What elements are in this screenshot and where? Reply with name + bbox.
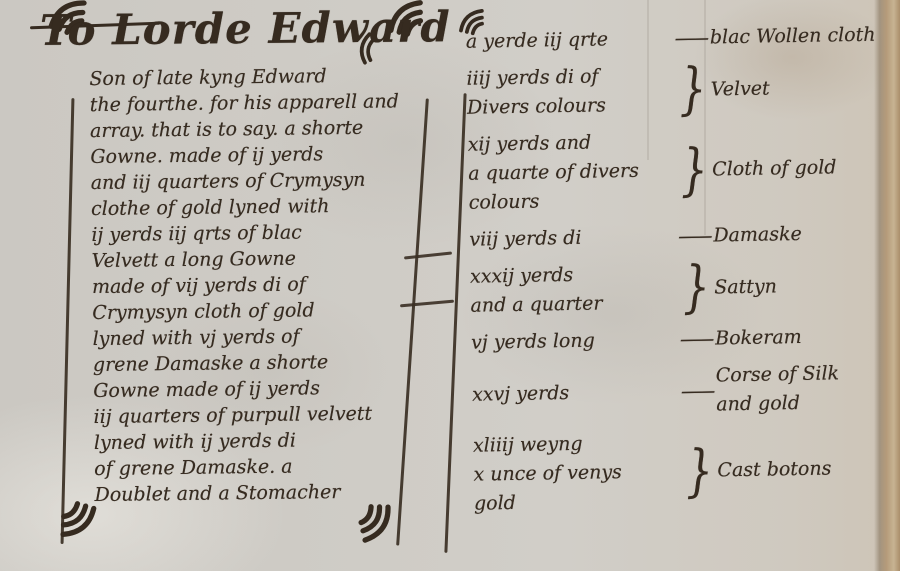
manuscript-line: ij yerds iij qrts of blac bbox=[91, 218, 427, 248]
entry-amount: xxvj yerds bbox=[472, 377, 680, 410]
entry-material: Sattyn bbox=[714, 270, 896, 302]
wardrobe-entry: xxxij yerds and a quarter } Sattyn bbox=[470, 255, 897, 320]
entry-brace: } bbox=[685, 443, 713, 499]
entry-material: Cast botons bbox=[717, 453, 899, 485]
manuscript-line: clothe of gold lyned with bbox=[91, 192, 427, 222]
wardrobe-entry: vj yerds long — Bokeram bbox=[471, 321, 897, 357]
manuscript-line: array. that is to say. a shorte bbox=[90, 114, 426, 144]
entry-brace: — bbox=[666, 328, 728, 350]
manuscript-line: Velvett a long Gowne bbox=[92, 244, 428, 274]
flourish-icon bbox=[354, 500, 400, 546]
wardrobe-entry: xij yerds and a quarte of divers colours… bbox=[467, 123, 894, 217]
entry-brace: } bbox=[682, 260, 710, 316]
entry-brace: } bbox=[679, 62, 707, 118]
manuscript-line: Doublet and a Stomacher bbox=[94, 478, 430, 508]
entry-amount: vj yerds long bbox=[471, 325, 679, 358]
entry-amount: viij yerds di bbox=[469, 222, 677, 255]
materials-column: a yerde iij qrte — blac Wollen cloth iii… bbox=[466, 20, 900, 526]
manuscript-line: Son of late kyng Edward bbox=[89, 62, 425, 92]
wardrobe-entry: xliiij weyng x unce of venys gold } Cast… bbox=[473, 424, 900, 518]
manuscript-line: Gowne made of ij yerds bbox=[93, 374, 429, 404]
entry-material: Damaske bbox=[713, 218, 895, 250]
entry-material: Cloth of gold bbox=[712, 152, 894, 184]
entry-brace: — bbox=[667, 380, 729, 402]
entry-brace: } bbox=[680, 142, 708, 198]
left-margin-rule bbox=[61, 98, 74, 544]
entry-brace: — bbox=[661, 27, 723, 49]
wardrobe-entry: iiij yerds di of Divers colours } Velvet bbox=[466, 57, 893, 122]
manuscript-page: To Lorde Edward Son of late kyng Edward … bbox=[0, 0, 900, 571]
entry-amount: xij yerds and a quarte of divers colours bbox=[467, 127, 676, 218]
manuscript-line: Crymysyn cloth of gold bbox=[92, 296, 428, 326]
manuscript-line: the fourthe. for his apparell and bbox=[90, 88, 426, 118]
entry-material: Bokeram bbox=[715, 321, 897, 353]
column-divider-rule bbox=[444, 93, 466, 553]
entry-amount: a yerde iij qrte bbox=[466, 24, 674, 57]
entry-amount: iiij yerds di of Divers colours bbox=[466, 61, 675, 123]
wardrobe-entry: a yerde iij qrte — blac Wollen cloth bbox=[466, 20, 892, 56]
entry-material: blac Wollen cloth bbox=[710, 20, 892, 52]
manuscript-line: lyned with ij yerds di bbox=[94, 426, 430, 456]
manuscript-line: made of vij yerds di of bbox=[92, 270, 428, 300]
entry-brace: — bbox=[665, 225, 727, 247]
body-text-column: Son of late kyng Edward the fourthe. for… bbox=[89, 62, 430, 508]
entry-material: Corse of Silk and gold bbox=[716, 358, 899, 419]
manuscript-line: of grene Damaske. a bbox=[94, 452, 430, 482]
page-title: To Lorde Edward bbox=[40, 2, 460, 55]
manuscript-line: grene Damaske a shorte bbox=[93, 348, 429, 378]
manuscript-line: iij quarters of purpull velvett bbox=[93, 400, 429, 430]
manuscript-line: lyned with vj yerds of bbox=[92, 322, 428, 352]
manuscript-line: Gowne. made of ij yerds bbox=[90, 140, 426, 170]
entry-material: Velvet bbox=[711, 72, 893, 104]
manuscript-line: and iij quarters of Crymysyn bbox=[91, 166, 427, 196]
wardrobe-entry: xxvj yerds — Corse of Silk and gold bbox=[472, 358, 899, 423]
wardrobe-entry: viij yerds di — Damaske bbox=[469, 218, 895, 254]
entry-amount: xliiij weyng x unce of venys gold bbox=[473, 428, 682, 519]
entry-amount: xxxij yerds and a quarter bbox=[470, 259, 679, 321]
